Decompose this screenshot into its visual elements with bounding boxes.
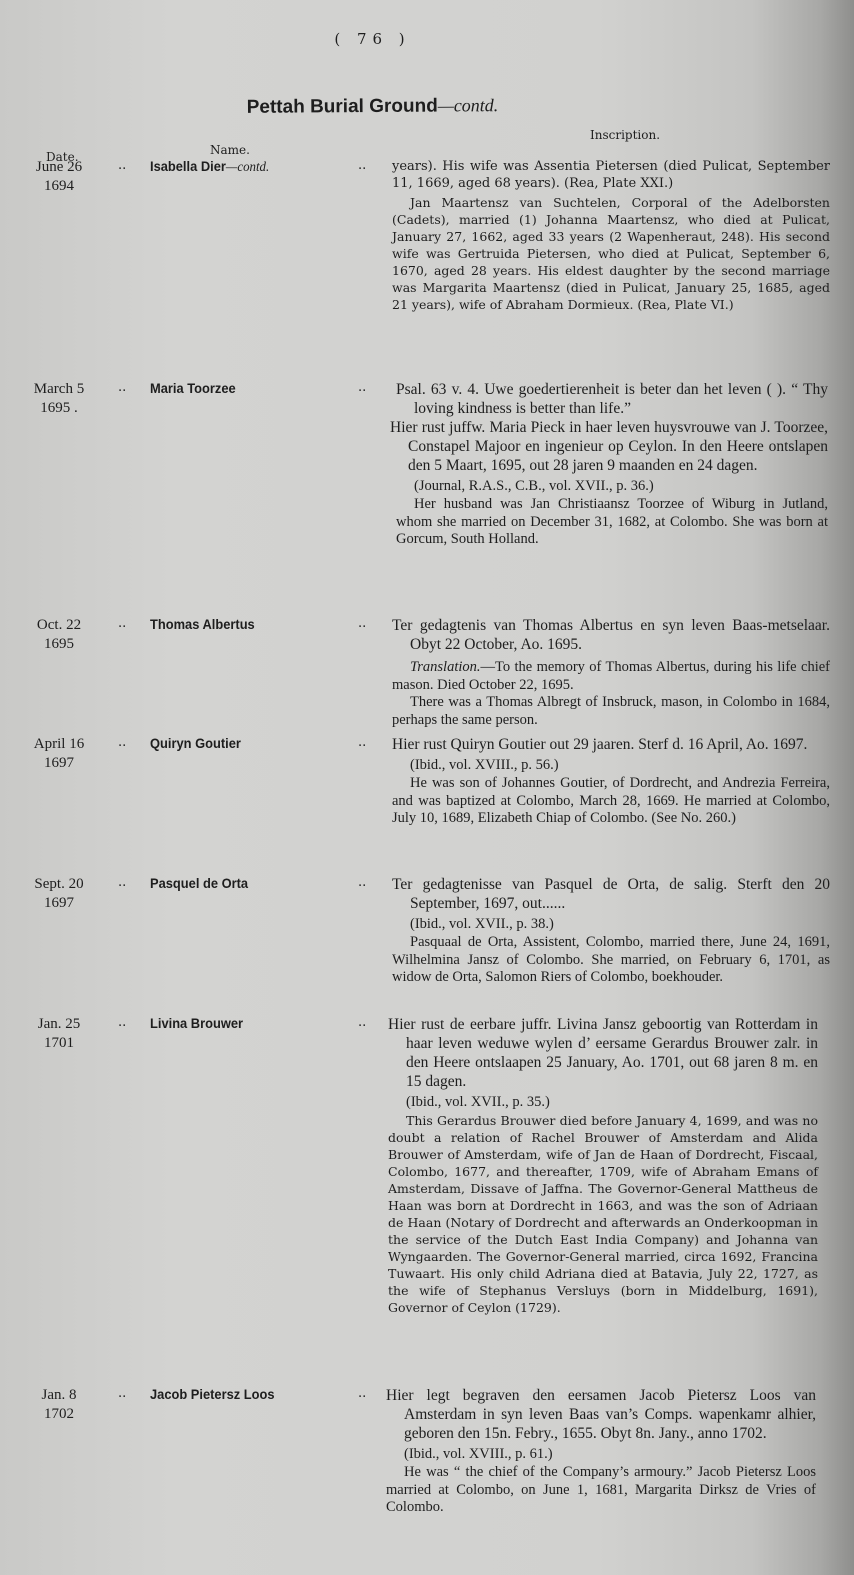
entry-reference: (Ibid., vol. XVII., p. 38.): [392, 915, 830, 934]
leader-dots: ..: [358, 158, 366, 173]
leader-dots: ..: [118, 1015, 126, 1030]
entry-name: Maria Toorzee: [150, 380, 236, 396]
entry-date: Sept. 201697: [24, 875, 94, 913]
entry-date: Jan. 251701: [24, 1015, 94, 1053]
leader-dots: ..: [358, 1015, 366, 1030]
entry-reference: (Ibid., vol. XVII., p. 35.): [388, 1093, 818, 1112]
leader-dots: ..: [358, 616, 366, 631]
leader-dots: ..: [118, 1386, 126, 1401]
entry-note: Jan Maartensz van Suchtelen, Corporal of…: [392, 194, 830, 313]
entry-name: Pasquel de Orta: [150, 875, 248, 891]
inscription-text: years). His wife was Assentia Pietersen …: [392, 158, 830, 192]
inscription-text: Hier legt begraven den eersamen Jacob Pi…: [386, 1386, 816, 1443]
entry-date: June 261694: [24, 158, 94, 196]
entry-inscription: Ter gedagtenisse van Pasquel de Orta, de…: [392, 875, 830, 987]
entry-reference: (Ibid., vol. XVIII., p. 56.): [392, 756, 830, 775]
entry-date: Oct. 221695: [24, 616, 94, 654]
entry-inscription: Hier legt begraven den eersamen Jacob Pi…: [386, 1386, 816, 1517]
entry-name: Isabella Dier—contd.: [150, 158, 269, 176]
entry-inscription: Ter gedagtenis van Thomas Albertus en sy…: [392, 616, 830, 729]
leader-dots: ..: [118, 735, 126, 750]
entry-inscription: years). His wife was Assentia Pietersen …: [392, 158, 830, 313]
leader-dots: ..: [118, 380, 126, 395]
entry-note: Her husband was Jan Christiaansz Toorzee…: [396, 496, 828, 549]
leader-dots: ..: [118, 616, 126, 631]
entry-inscription: Hier rust Quiryn Goutier out 29 jaaren. …: [392, 735, 830, 828]
page-title: Pettah Burial Ground—contd.: [0, 93, 745, 120]
entry-inscription: Psal. 63 v. 4. Uwe goedertierenheit is b…: [396, 380, 828, 549]
inscription-text: Psal. 63 v. 4. Uwe goedertierenheit is b…: [396, 380, 828, 418]
entry-translation: Translation.—To the memory of Thomas Alb…: [392, 659, 830, 694]
entry-note: Pasquaal de Orta, Assistent, Colombo, ma…: [392, 934, 830, 987]
page-number: ( 76 ): [0, 30, 745, 48]
entry-name: Jacob Pietersz Loos: [150, 1386, 275, 1402]
entry-reference: (Journal, R.A.S., C.B., vol. XVII., p. 3…: [396, 477, 828, 496]
entry-date: April 161697: [24, 735, 94, 773]
column-header-inscription: Inscription.: [590, 128, 660, 142]
leader-dots: ..: [358, 735, 366, 750]
inscription-text: Hier rust juffw. Maria Pieck in haer lev…: [390, 418, 828, 475]
leader-dots: ..: [118, 158, 126, 173]
entry-note: There was a Thomas Albregt of Insbruck, …: [392, 694, 830, 729]
entry-name: Livina Brouwer: [150, 1015, 243, 1031]
entry-note: This Gerardus Brouwer died before Januar…: [388, 1112, 818, 1316]
entry-date: March 51695 .: [24, 380, 94, 418]
inscription-text: Ter gedagtenis van Thomas Albertus en sy…: [392, 616, 830, 654]
leader-dots: ..: [358, 380, 366, 395]
entry-name: Thomas Albertus: [150, 616, 255, 632]
entry-date: Jan. 81702: [24, 1386, 94, 1424]
column-header-name: Name.: [210, 143, 250, 157]
entry-note: He was son of Johannes Goutier, of Dordr…: [392, 775, 830, 828]
entry-reference: (Ibid., vol. XVIII., p. 61.): [386, 1445, 816, 1464]
entry-note: He was “ the chief of the Company’s armo…: [386, 1464, 816, 1517]
inscription-text: Hier rust Quiryn Goutier out 29 jaaren. …: [392, 735, 830, 754]
inscription-text: Ter gedagtenisse van Pasquel de Orta, de…: [392, 875, 830, 913]
leader-dots: ..: [118, 875, 126, 890]
leader-dots: ..: [358, 1386, 366, 1401]
entry-inscription: Hier rust de eerbare juffr. Livina Jansz…: [388, 1015, 818, 1316]
inscription-text: Hier rust de eerbare juffr. Livina Jansz…: [388, 1015, 818, 1091]
leader-dots: ..: [358, 875, 366, 890]
entry-name: Quiryn Goutier: [150, 735, 241, 751]
